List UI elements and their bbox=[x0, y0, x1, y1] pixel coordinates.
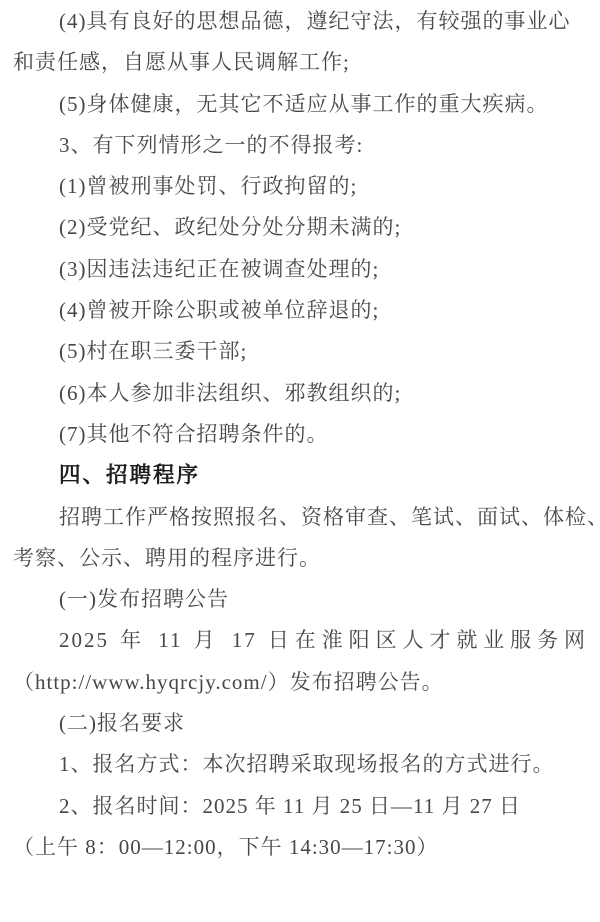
document-body: (4)具有良好的思想品德，遵纪守法，有较强的事业心和责任感，自愿从事人民调解工作… bbox=[13, 1, 587, 868]
subsection-heading-signup: (二)报名要求 bbox=[13, 703, 587, 744]
paragraph-procedure-line-2: 考察、公示、聘用的程序进行。 bbox=[13, 538, 587, 579]
paragraph-condition-4-line-1: (4)具有良好的思想品德，遵纪守法，有较强的事业心 bbox=[13, 1, 587, 42]
paragraph-disqualify-3: (3)因违法违纪正在被调查处理的; bbox=[13, 249, 587, 290]
paragraph-disqualify-6: (6)本人参加非法组织、邪教组织的; bbox=[13, 373, 587, 414]
paragraph-disqualify-2: (2)受党纪、政纪处分处分期未满的; bbox=[13, 207, 587, 248]
document-page: (4)具有良好的思想品德，遵纪守法，有较强的事业心和责任感，自愿从事人民调解工作… bbox=[0, 0, 600, 922]
paragraph-disqualify-7: (7)其他不符合招聘条件的。 bbox=[13, 414, 587, 455]
paragraph-announcement-url-line: （http://www.hyqrcjy.com/）发布招聘公告。 bbox=[13, 662, 587, 703]
paragraph-condition-5: (5)身体健康，无其它不适应从事工作的重大疾病。 bbox=[13, 84, 587, 125]
paragraph-disqualify-5: (5)村在职三委干部; bbox=[13, 331, 587, 372]
paragraph-condition-4-line-2: 和责任感，自愿从事人民调解工作; bbox=[13, 42, 587, 83]
section-heading-recruit-procedure: 四、招聘程序 bbox=[13, 455, 587, 496]
paragraph-signup-time-line-2: （上午 8：00—12:00，下午 14:30—17:30） bbox=[13, 827, 587, 868]
paragraph-disqualify-1: (1)曾被刑事处罚、行政拘留的; bbox=[13, 166, 587, 207]
paragraph-signup-time-line-1: 2、报名时间：2025 年 11 月 25 日—11 月 27 日 bbox=[13, 786, 587, 827]
paragraph-item-3-intro: 3、有下列情形之一的不得报考: bbox=[13, 125, 587, 166]
paragraph-announcement-line-1: 2025 年 11 月 17 日在淮阳区人才就业服务网 bbox=[13, 620, 587, 661]
paragraph-disqualify-4: (4)曾被开除公职或被单位辞退的; bbox=[13, 290, 587, 331]
paragraph-signup-method: 1、报名方式：本次招聘采取现场报名的方式进行。 bbox=[13, 744, 587, 785]
paragraph-procedure-line-1: 招聘工作严格按照报名、资格审查、笔试、面试、体检、 bbox=[13, 497, 587, 538]
subsection-heading-announcement: (一)发布招聘公告 bbox=[13, 579, 587, 620]
